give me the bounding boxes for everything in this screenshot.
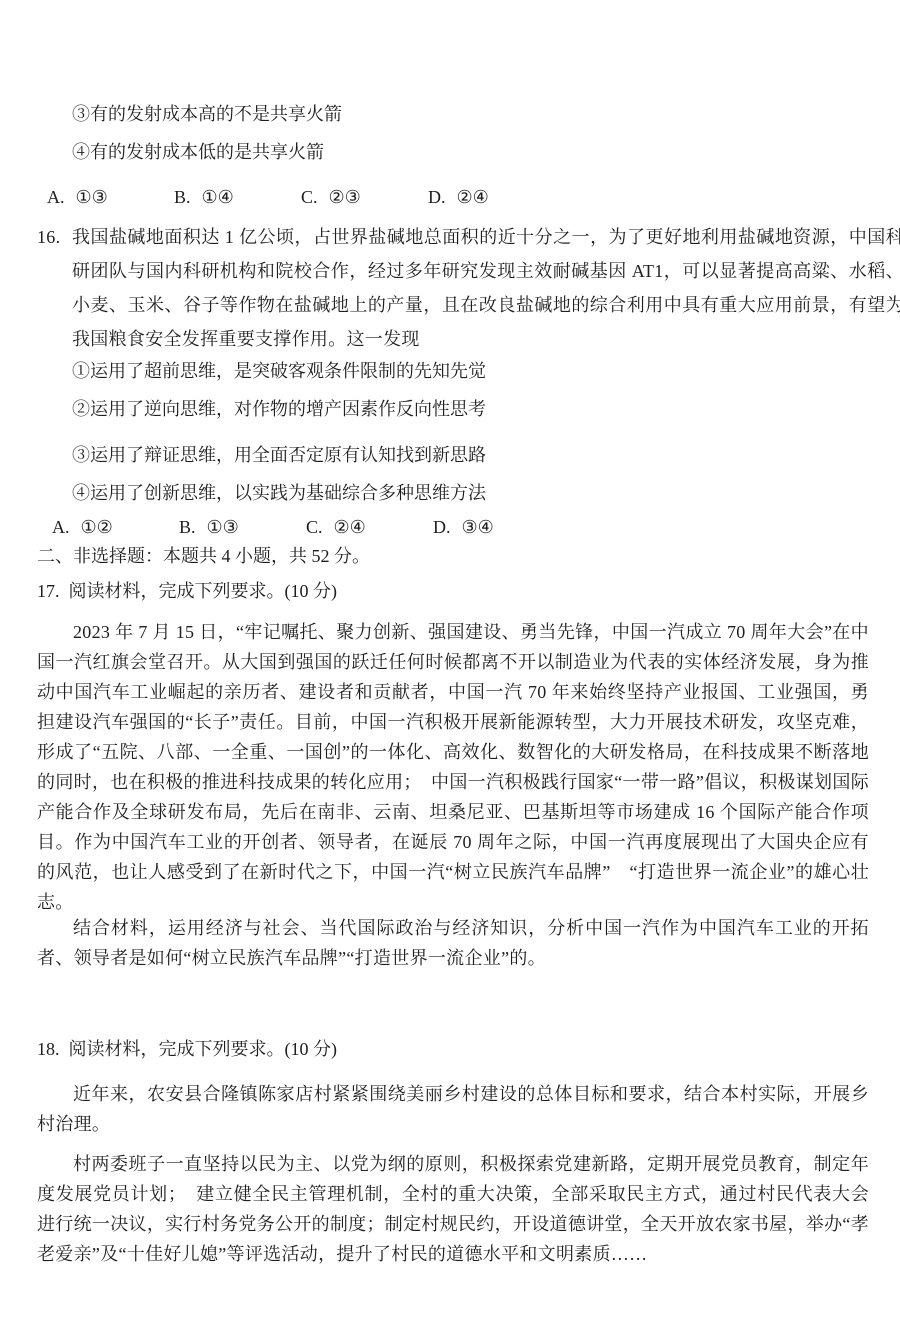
exam-page: ③有的发射成本高的不是共享火箭 ④有的发射成本低的是共享火箭 A.①③ B.①④… bbox=[0, 0, 900, 1344]
option-letter: B. bbox=[174, 187, 191, 207]
q16-statement-2: ②运用了逆向思维，对作物的增产因素作反向性思考 bbox=[72, 398, 486, 420]
option-value: ②④ bbox=[334, 517, 366, 537]
q17-heading: 17.阅读材料，完成下列要求。(10 分) bbox=[37, 580, 337, 602]
q18-instruction: 阅读材料，完成下列要求。(10 分) bbox=[69, 1039, 338, 1059]
section-two-heading: 二、非选择题：本题共 4 小题，共 52 分。 bbox=[37, 545, 370, 567]
option-letter: D. bbox=[433, 517, 451, 537]
q15-option-c: C.②③ bbox=[301, 186, 428, 208]
q18-material-paragraph-2: 村两委班子一直坚持以民为主、以党为纲的原则，积极探索党建新路，定期开展党员教育，… bbox=[37, 1149, 869, 1269]
q15-option-d: D.②④ bbox=[428, 186, 489, 208]
q15-options-row: A.①③ B.①④ C.②③ D.②④ bbox=[47, 186, 489, 208]
q18-heading: 18.阅读材料，完成下列要求。(10 分) bbox=[37, 1038, 337, 1060]
option-value: ①④ bbox=[202, 187, 234, 207]
option-letter: A. bbox=[52, 517, 70, 537]
q16-option-a: A.①② bbox=[52, 516, 179, 538]
option-letter: B. bbox=[179, 517, 196, 537]
q16-option-d: D.③④ bbox=[433, 516, 494, 538]
q18-material-paragraph-1: 近年来，农安县合隆镇陈家店村紧紧围绕美丽乡村建设的总体目标和要求，结合本村实际，… bbox=[37, 1079, 869, 1139]
option-value: ①③ bbox=[207, 517, 239, 537]
q16-statement-4: ④运用了创新思维，以实践为基础综合多种思维方法 bbox=[72, 482, 486, 504]
q15-statement-4: ④有的发射成本低的是共享火箭 bbox=[72, 141, 324, 163]
q15-statement-3: ③有的发射成本高的不是共享火箭 bbox=[72, 103, 342, 125]
option-letter: C. bbox=[301, 187, 318, 207]
q17-instruction: 阅读材料，完成下列要求。(10 分) bbox=[69, 581, 338, 601]
option-letter: D. bbox=[428, 187, 446, 207]
q16-statement-3: ③运用了辩证思维，用全面否定原有认知找到新思路 bbox=[72, 444, 486, 466]
q16-option-b: B.①③ bbox=[179, 516, 306, 538]
option-value: ①③ bbox=[76, 187, 108, 207]
option-letter: C. bbox=[306, 517, 323, 537]
q16-statement-1: ①运用了超前思维，是突破客观条件限制的先知先觉 bbox=[72, 360, 486, 382]
option-value: ③④ bbox=[462, 517, 494, 537]
q16-option-c: C.②④ bbox=[306, 516, 433, 538]
q16-number: 16. bbox=[37, 220, 60, 254]
q17-material-paragraph: 2023 年 7 月 15 日，“牢记嘱托、聚力创新、强国建设、勇当先锋，中国一… bbox=[37, 617, 869, 917]
option-value: ①② bbox=[81, 517, 113, 537]
option-letter: A. bbox=[47, 187, 65, 207]
q16-stem-text: 我国盐碱地面积达 1 亿公顷，占世界盐碱地总面积的近十分之一，为了更好地利用盐碱… bbox=[72, 227, 900, 349]
q18-number: 18. bbox=[37, 1039, 60, 1059]
option-value: ②④ bbox=[457, 187, 489, 207]
q15-option-a: A.①③ bbox=[47, 186, 174, 208]
q17-number: 17. bbox=[37, 581, 60, 601]
option-value: ②③ bbox=[329, 187, 361, 207]
q16-options-row: A.①② B.①③ C.②④ D.③④ bbox=[52, 516, 494, 538]
q17-task-paragraph: 结合材料，运用经济与社会、当代国际政治与经济知识，分析中国一汽作为中国汽车工业的… bbox=[37, 913, 869, 973]
q15-option-b: B.①④ bbox=[174, 186, 301, 208]
q16-stem-block: 16.我国盐碱地面积达 1 亿公顷，占世界盐碱地总面积的近十分之一，为了更好地利… bbox=[37, 220, 900, 356]
